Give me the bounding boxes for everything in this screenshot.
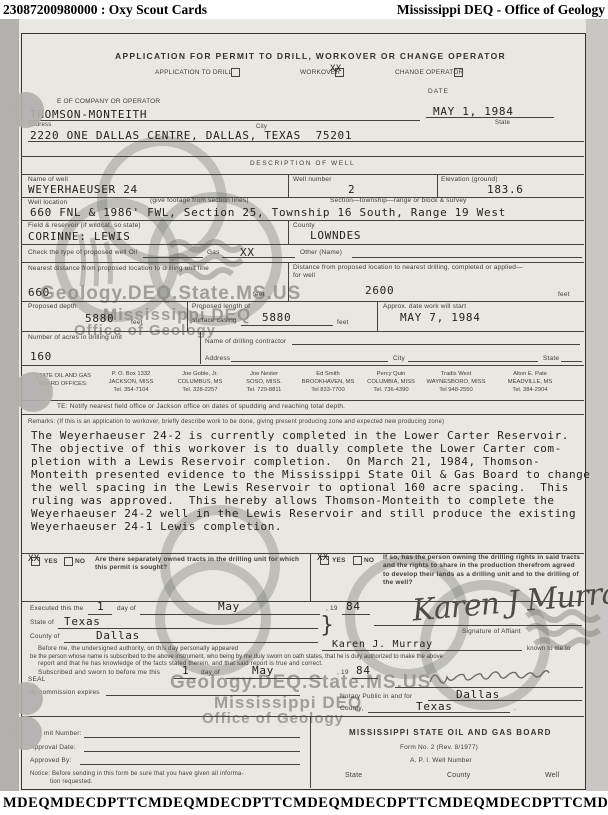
notary-signature-scribble — [428, 666, 558, 688]
well-name-value: WEYERHAEUSER 24 — [28, 183, 138, 196]
contractor-state-label: State — [543, 355, 559, 363]
section-rule — [21, 244, 584, 245]
cell-divider — [310, 553, 311, 601]
tracts-yes-mark: XX — [28, 554, 39, 564]
state-of-label: State of — [30, 619, 54, 627]
cell-divider — [377, 301, 378, 331]
section-township-range-label: Section—township—range or block & survey — [330, 197, 467, 205]
section-rule — [21, 220, 584, 221]
section-rule — [21, 301, 584, 302]
remarks-line: Weyerhaeuser 24-1 Lewis completion. — [31, 520, 282, 533]
board-office: P. O. Box 1332JACKSON, MISSTel. 354-7104 — [95, 370, 167, 394]
board-office: Joe NesterSOSO, MISS.Tel. 729-8811 — [228, 370, 300, 394]
workover-check-mark: XX — [330, 64, 341, 74]
footer-item: MDEQ — [148, 795, 195, 812]
api-well-label: Well — [545, 771, 559, 780]
underline — [231, 361, 388, 362]
viewer-footer-bar: MDEQ MDECD PTTC MDEQ MDECD PTTC MDEQ MDE… — [0, 791, 608, 815]
remarks-line: Weyerhaeuser 24-2 well in the Lewis Rese… — [31, 507, 576, 520]
section-rule — [21, 716, 584, 717]
location-hint-label: (give footage from section lines) — [150, 197, 249, 205]
hole-punch — [13, 372, 53, 412]
board-office: Joe Goble, Jr.COLUMBUS, MSTel. 328-2257 — [164, 370, 236, 394]
distance-to-nearest-value: 2600 — [365, 284, 394, 297]
description-of-well-title: DESCRIPTION OF WELL — [250, 160, 355, 168]
proposed-depth-label: Proposed depth — [28, 303, 77, 311]
footer-item: PTTC — [107, 795, 148, 812]
gas-check-value: XX — [240, 246, 255, 259]
hole-punch — [10, 682, 43, 715]
other-name-label: Other (Name) — [300, 249, 342, 257]
cell-divider — [288, 174, 289, 197]
period-glyph: . — [514, 705, 516, 713]
underline — [352, 678, 378, 679]
footer-item: MDECD — [340, 795, 397, 812]
change-operator-label: CHANGE OPERATOR — [395, 69, 464, 77]
sub-year-prefix-label: , 19 — [337, 669, 349, 677]
signature-of-affiant-label: Signature of Affiant — [462, 628, 521, 636]
notary-county-label: County, — [340, 705, 363, 713]
remarks-line: the well spacing in the Lewis Reservoir … — [31, 481, 569, 494]
notice-text-2: tion requested. — [50, 779, 93, 787]
cell-divider — [187, 301, 188, 331]
remarks-line: Monteith presented evidence to the Missi… — [31, 468, 590, 481]
subscribed-year-value: 84 — [356, 664, 371, 677]
form-title: APPLICATION FOR PERMIT TO DRILL, WORKOVE… — [115, 51, 506, 62]
footer-item: MDEQ — [583, 795, 608, 812]
subscribed-day-value: 1 — [182, 664, 189, 677]
company-label: E OF COMPANY OR OPERATOR — [57, 98, 160, 106]
api-state-label: State — [345, 771, 362, 780]
underline — [408, 361, 538, 362]
well-type-label: Check the type of proposed well Oil — [28, 249, 137, 257]
contractor-address-label: Address — [205, 355, 230, 363]
date-label: DATE — [428, 88, 449, 96]
tracts-question: Are there separately owned tracts in the… — [95, 556, 300, 573]
footer-item: MDECD — [485, 795, 542, 812]
tracts-no-label: NO — [75, 558, 85, 566]
distance-to-nearest-label: Distance from proposed location to neare… — [293, 264, 528, 281]
underline — [226, 678, 322, 679]
executed-label: Executed this the — [30, 605, 83, 613]
feet-label: feet — [558, 291, 570, 299]
county-value: LOWNDES — [310, 229, 361, 242]
executed-year-value: 84 — [346, 600, 361, 613]
rights-no-label: NO — [364, 557, 374, 565]
section-rule — [21, 331, 584, 332]
board-office: Tradis WestWAYNESBORO, MISSTel 948-2550 — [418, 370, 494, 394]
notice-text-1: Notice: Before sending in this form be s… — [30, 771, 244, 779]
casing-length-label-2: surface casing — [192, 317, 237, 325]
gas-label: Gas — [207, 249, 220, 257]
feet-label: feet — [131, 319, 143, 327]
elevation-value: 183.6 — [487, 183, 524, 196]
board-office: Percy QuinCOLUMBIA, MISSTel. 736-4390 — [355, 370, 427, 394]
remarks-line: The Weyerhaeuser 24-2 is currently compl… — [31, 429, 569, 442]
api-well-number-label: A. P. I. Well Number — [410, 757, 472, 765]
section-rule — [21, 365, 584, 366]
rights-yes-label: YES — [332, 557, 346, 565]
hole-punch — [8, 92, 44, 128]
underline — [106, 695, 300, 696]
section-rule — [21, 197, 584, 198]
proposed-depth-value: 5880 — [85, 312, 114, 325]
underline — [80, 764, 300, 765]
footer-item: PTTC — [543, 795, 584, 812]
acres-value: 160 — [30, 350, 52, 363]
viewer-header-bar: 23087200980000 : Oxy Scout Cards Mississ… — [0, 0, 608, 19]
board-office: Ed SmithBROOKHAVEN, MSTel 833-7700 — [292, 370, 364, 394]
acres-label: Number of acres in drilling unit — [28, 334, 122, 342]
executed-day-value: 1 — [97, 600, 104, 613]
before-me-text-1: Before me, the undersigned authority, on… — [38, 646, 238, 654]
nearest-distance-label: Nearest distance from proposed location … — [28, 265, 209, 273]
county-of-label: County of — [30, 633, 60, 641]
screenshot: 23087200980000 : Oxy Scout Cards Mississ… — [0, 0, 608, 815]
footer-item: MDEQ — [438, 795, 485, 812]
underline — [84, 751, 300, 752]
document-id: 23087200980000 : Oxy Scout Cards — [3, 2, 207, 18]
underline — [352, 257, 582, 258]
well-location-value: 660 FNL & 1986' FWL, Section 25, Townshi… — [30, 206, 506, 219]
underline — [222, 257, 295, 258]
underline — [561, 361, 582, 362]
cell-divider — [437, 174, 438, 197]
notary-public-label: Notary Public in and for — [340, 693, 412, 701]
feet-label: feet — [253, 291, 265, 299]
section-rule — [21, 262, 584, 263]
hole-punch — [8, 716, 42, 750]
scan-left-edge — [0, 19, 19, 791]
tracts-no-checkbox — [64, 557, 73, 566]
application-to-drill-checkbox — [231, 68, 240, 77]
underline — [342, 614, 370, 615]
cell-divider — [310, 716, 311, 788]
footer-item: MDEQ — [3, 795, 50, 812]
underline — [174, 678, 196, 679]
remarks-line: pletion with a Lewis Reservoir completio… — [31, 455, 540, 468]
start-date-value: MAY 7, 1984 — [400, 311, 481, 324]
section-rule — [21, 156, 584, 157]
section-rule — [21, 400, 584, 401]
cell-divider — [288, 220, 289, 244]
subscribed-label: Subscribed and sworn to before me this — [38, 669, 160, 677]
approval-date-label: Approval Date: — [30, 744, 76, 752]
underline — [143, 257, 203, 258]
brace-glyph: } — [320, 613, 334, 638]
form-number-label: Form No. 2 (Rev. 8/1977) — [400, 744, 478, 752]
date-value: MAY 1, 1984 — [433, 105, 514, 118]
scan-right-edge — [586, 19, 608, 791]
underline — [322, 650, 522, 651]
cell-divider — [288, 262, 289, 301]
underline — [84, 737, 300, 738]
casing-length-label-1: Proposed length of — [192, 303, 250, 311]
underline — [64, 642, 318, 643]
tracts-yes-label: YES — [44, 558, 58, 566]
rights-no-checkbox — [353, 556, 362, 565]
known-to-me-label: known to me to — [527, 646, 571, 654]
nearest-distance-value: 660 — [28, 286, 50, 299]
state-column-label: State — [495, 120, 510, 128]
casing-length-value: 5880 — [262, 311, 291, 324]
cell-divider — [200, 331, 201, 364]
underline — [140, 614, 320, 615]
rights-yes-mark: XX — [317, 553, 328, 563]
application-to-drill-label: APPLICATION TO DRILL — [155, 69, 232, 77]
subscribed-month-value: May — [252, 664, 274, 677]
footer-item: PTTC — [398, 795, 439, 812]
well-number-label: Well number — [293, 176, 332, 184]
section-rule — [21, 174, 584, 175]
agency-title: Mississippi DEQ - Office of Geology — [397, 2, 605, 18]
api-county-label: County — [447, 771, 470, 780]
remarks-label: Remarks: (If this is an application to w… — [28, 419, 444, 427]
footer-item: MDECD — [195, 795, 252, 812]
well-number-value: 2 — [348, 183, 355, 196]
before-me-text-3: report and that he has knowledge of the … — [38, 661, 323, 669]
field-reservoir-value: CORINNE: LEWIS — [28, 230, 131, 243]
approved-by-label: Approved By: — [30, 757, 71, 765]
underline — [241, 325, 333, 326]
board-office: Alton E. PateMEADVILLE, MSTel. 384-2904 — [492, 370, 568, 394]
section-rule — [21, 414, 584, 415]
notary-county-value: Dallas — [456, 688, 500, 701]
underline — [374, 625, 582, 626]
notary-state-value: Texas — [416, 700, 453, 713]
appeared-name-value: Karen J. Murray — [332, 639, 433, 650]
contractor-label: Name of drilling contractor — [205, 338, 286, 346]
remarks-line: ruling was approved. This hereby allows … — [31, 494, 555, 507]
footer-item: MDECD — [50, 795, 107, 812]
executed-month-value: May — [218, 600, 240, 613]
remarks-line: The objective of this workover is to dua… — [31, 442, 562, 455]
state-of-value: Texas — [64, 615, 101, 628]
contractor-city-label: City — [393, 355, 405, 363]
day-of-label: day of — [117, 605, 136, 613]
sub-day-of-label: day of — [201, 669, 220, 677]
company-value: THOMSON-MONTEITH — [30, 108, 147, 121]
footer-item: PTTC — [252, 795, 293, 812]
feet-label: feet — [337, 319, 349, 327]
county-of-value: Dallas — [96, 629, 140, 642]
footer-item: MDEQ — [293, 795, 340, 812]
board-box-title: MISSISSIPPI STATE OIL AND GAS BOARD — [349, 728, 552, 738]
address-value: 2220 ONE DALLAS CENTRE, DALLAS, TEXAS 75… — [30, 129, 352, 142]
note-text: TE: Notify nearest field office or Jacks… — [57, 403, 345, 411]
permit-number-label: mit Number: — [44, 730, 82, 738]
underline — [292, 344, 580, 345]
